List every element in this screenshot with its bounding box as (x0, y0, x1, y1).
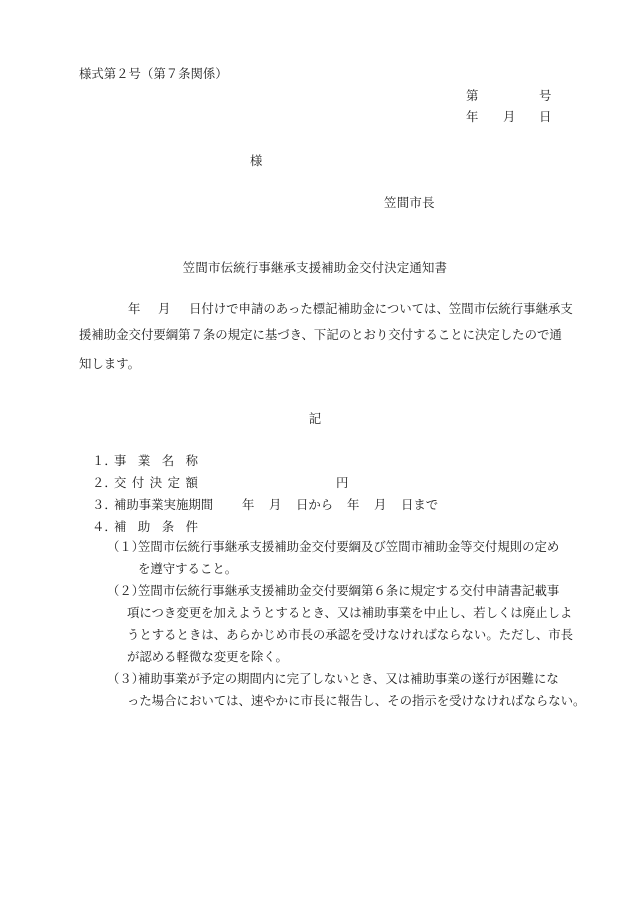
condition-3: （３） 補助事業が予定の期間内に完了しないとき、又は補助事業の遂行が困難にな っ… (107, 673, 567, 717)
document-title: 笠間市伝統行事継承支援補助金交付決定通知書 (0, 262, 630, 274)
condition-line: った場合においては、速やかに市長に報告し、その指示を受けなければならない。 (107, 695, 567, 717)
condition-1: （１） 笠間市伝統行事継承支援補助金交付要綱及び笠間市補助金等交付規則の定め を… (107, 541, 567, 585)
condition-text: 笠間市伝統行事継承支援補助金交付要綱及び笠間市補助金等交付規則の定め (138, 541, 559, 553)
period-from-day: 日から (296, 499, 333, 511)
body-paragraph: 年 月 日付けで申請のあった標記補助金については、笠間市伝統行事継承支 援補助金… (79, 296, 559, 377)
period-to-day: 日まで (401, 499, 438, 511)
condition-text: 笠間市伝統行事継承支援補助金交付要綱第６条に規定する交付申請書記載事 (138, 585, 559, 597)
condition-list: （１） 笠間市伝統行事継承支援補助金交付要綱及び笠間市補助金等交付規則の定め を… (107, 541, 567, 717)
doc-number-prefix: 第 (466, 90, 478, 102)
ki-heading: 記 (0, 413, 630, 425)
period-from-month: 月 (269, 499, 281, 511)
condition-text: が認める軽微な変更を除く。 (127, 651, 288, 663)
condition-text: うとするときは、あらかじめ市長の承認を受けなければならない。ただし、市長 (127, 629, 573, 641)
amount-unit: 円 (336, 477, 348, 489)
condition-line: が認める軽微な変更を除く。 (107, 651, 567, 673)
condition-line: うとするときは、あらかじめ市長の承認を受けなければならない。ただし、市長 (107, 629, 567, 651)
date-year: 年 (466, 111, 478, 123)
condition-text: を遵守すること。 (138, 563, 237, 575)
doc-number-suffix: 号 (539, 90, 551, 102)
body-line-1: 年 月 日付けで申請のあった標記補助金については、笠間市伝統行事継承支 (79, 296, 559, 322)
body-line-1-text: 日付けで申請のあった標記補助金については、笠間市伝統行事継承支 (189, 296, 573, 322)
form-label: 様式第２号（第７条関係） (79, 68, 228, 80)
period-from-year: 年 (242, 499, 254, 511)
period-to-month: 月 (374, 499, 386, 511)
addressee-suffix: 様 (250, 155, 262, 167)
item-label: 事業名称 (114, 455, 210, 467)
date-month: 月 (503, 111, 515, 123)
body-line-2: 援補助金交付要綱第７条の規定に基づき、下記のとおり交付することに決定したので通 (79, 322, 559, 348)
sender-name: 笠間市長 (384, 197, 435, 209)
body-month: 月 (158, 296, 170, 322)
period-to-year: 年 (347, 499, 359, 511)
condition-text: 項につき変更を加えようとするとき、又は補助事業を中止し、若しくは廃止しよ (127, 607, 572, 619)
document-page: 様式第２号（第７条関係） 第 号 年 月 日 様 笠間市長 笠間市伝統行事継承支… (0, 0, 630, 903)
condition-line: 項につき変更を加えようとするとき、又は補助事業を中止し、若しくは廃止しよ (107, 607, 567, 629)
item-label: 補助事業実施期間 (114, 499, 213, 511)
condition-text: った場合においては、速やかに市長に報告し、その指示を受けなければならない。 (127, 695, 585, 707)
condition-line: を遵守すること。 (107, 563, 567, 585)
condition-line: （２） 笠間市伝統行事継承支援補助金交付要綱第６条に規定する交付申請書記載事 (107, 585, 567, 607)
condition-line: （１） 笠間市伝統行事継承支援補助金交付要綱及び笠間市補助金等交付規則の定め (107, 541, 567, 563)
condition-2: （２） 笠間市伝統行事継承支援補助金交付要綱第６条に規定する交付申請書記載事 項… (107, 585, 567, 673)
condition-line: （３） 補助事業が予定の期間内に完了しないとき、又は補助事業の遂行が困難にな (107, 673, 567, 695)
item-label: 補助条件 (114, 521, 210, 533)
date-day: 日 (539, 111, 551, 123)
condition-text: 補助事業が予定の期間内に完了しないとき、又は補助事業の遂行が困難にな (138, 673, 559, 685)
body-line-3: 知します。 (79, 351, 559, 377)
body-year: 年 (128, 296, 140, 322)
item-label: 交付決定額 (114, 477, 203, 489)
